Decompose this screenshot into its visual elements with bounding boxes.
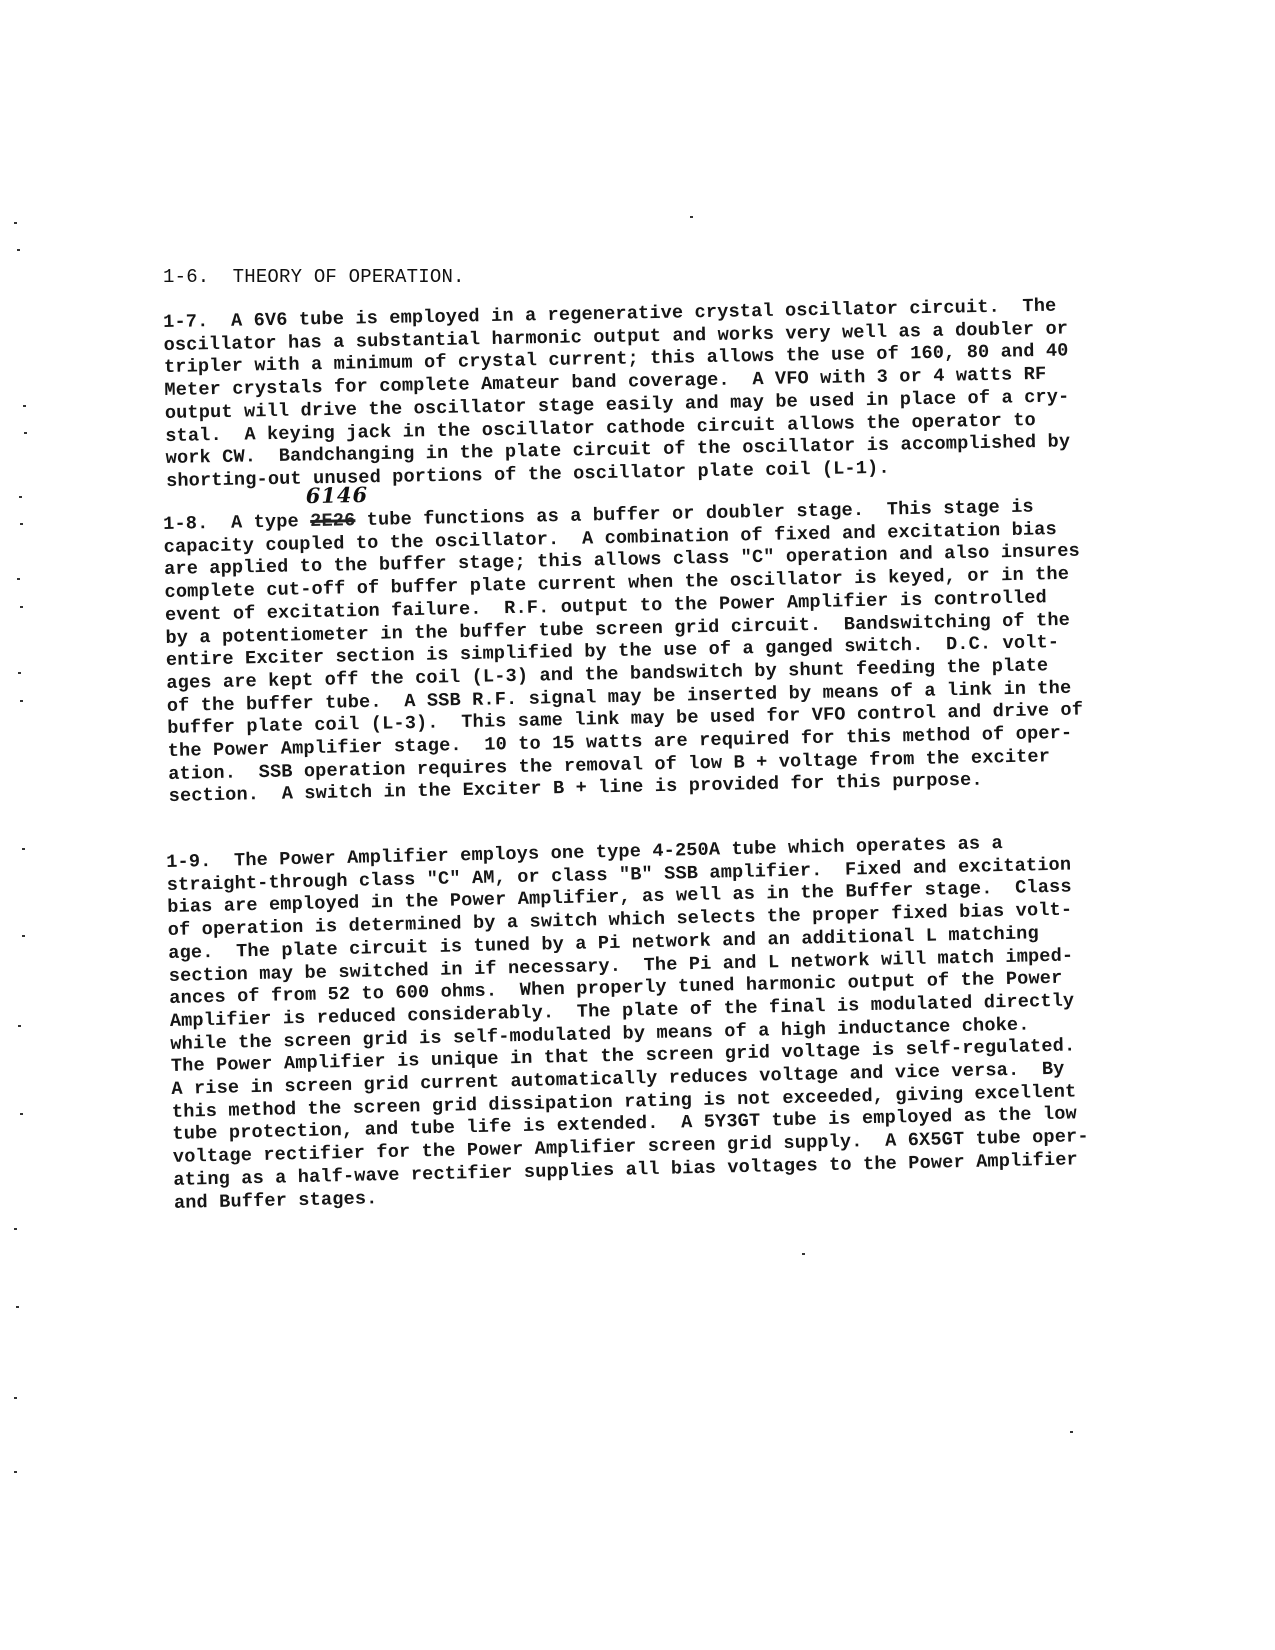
scan-speck (1070, 1431, 1073, 1433)
paragraph-1-7: 1-7. A 6V6 tube is employed in a regener… (163, 294, 1146, 494)
line-prefix: 1-8. A type (163, 511, 310, 535)
paragraph-1-9: 1-9. The Power Amplifier employs one typ… (166, 830, 1154, 1215)
scan-speck (17, 578, 20, 580)
scan-speck (20, 606, 23, 608)
correction: 2E266146 (310, 510, 356, 534)
scan-speck (802, 1253, 805, 1255)
scanned-page: 1-6. THEORY OF OPERATION. 1-7. A 6V6 tub… (0, 0, 1275, 1650)
scan-speck (22, 935, 25, 937)
scan-speck (14, 1397, 17, 1399)
scan-speck (14, 1471, 17, 1473)
handwritten-correction: 6146 (305, 484, 368, 508)
scan-speck (22, 848, 25, 850)
section-heading: 1-6. THEORY OF OPERATION. (163, 266, 465, 288)
scan-speck (16, 1306, 19, 1308)
scan-speck (23, 405, 26, 407)
scan-speck (20, 523, 23, 525)
scan-speck (18, 672, 21, 674)
scan-speck (18, 1025, 21, 1027)
scan-speck (17, 249, 20, 251)
struck-out-tube-type: 2E26 (310, 510, 356, 532)
scan-speck (14, 222, 17, 224)
scan-speck (690, 216, 693, 218)
scan-speck (20, 700, 23, 702)
scan-speck (19, 496, 22, 498)
paragraph-1-8: 1-8. A type 2E266146 tube functions as a… (163, 494, 1149, 809)
scan-speck (24, 432, 27, 434)
scan-speck (20, 1113, 23, 1115)
scan-speck (14, 1228, 17, 1230)
